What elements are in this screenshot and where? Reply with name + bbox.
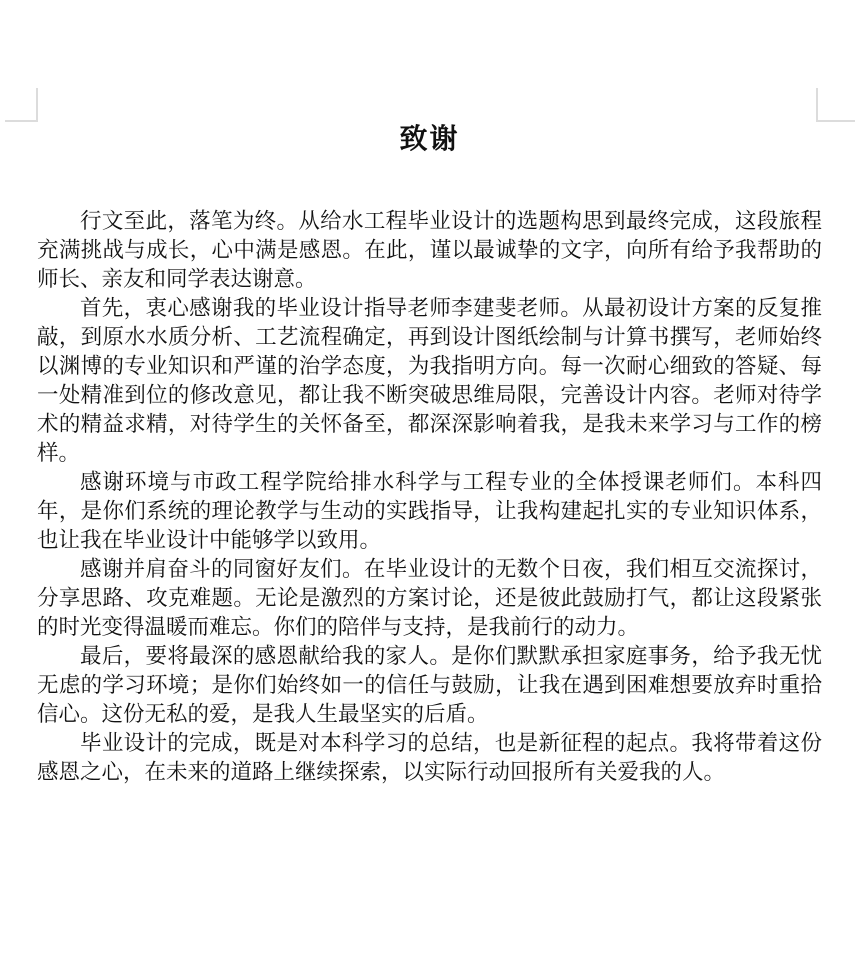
paragraph: 感谢并肩奋斗的同窗好友们。在毕业设计的无数个日夜，我们相互交流探讨，分享思路、攻… [37,555,822,642]
text-boundary-mark-top-left-horizontal [5,120,38,122]
paragraph: 行文至此，落笔为终。从给水工程毕业设计的选题构思到最终完成，这段旅程充满挑战与成… [37,207,822,294]
paragraph: 感谢环境与市政工程学院给排水科学与工程专业的全体授课老师们。本科四年，是你们系统… [37,468,822,555]
paragraph: 毕业设计的完成，既是对本科学习的总结，也是新征程的起点。我将带着这份感恩之心，在… [37,729,822,787]
text-boundary-mark-top-right-horizontal [816,120,855,122]
document-content: 致谢 行文至此，落笔为终。从给水工程毕业设计的选题构思到最终完成，这段旅程充满挑… [37,124,822,787]
document-page: 致谢 行文至此，落笔为终。从给水工程毕业设计的选题构思到最终完成，这段旅程充满挑… [0,0,859,964]
paragraph: 首先，衷心感谢我的毕业设计指导老师李建斐老师。从最初设计方案的反复推敲，到原水水… [37,294,822,468]
page-title: 致谢 [37,124,822,156]
text-boundary-mark-top-left-vertical [36,88,38,122]
paragraph: 最后，要将最深的感恩献给我的家人。是你们默默承担家庭事务，给予我无忧无虑的学习环… [37,642,822,729]
text-boundary-mark-top-right-vertical [816,88,818,122]
paragraphs: 行文至此，落笔为终。从给水工程毕业设计的选题构思到最终完成，这段旅程充满挑战与成… [37,207,822,787]
